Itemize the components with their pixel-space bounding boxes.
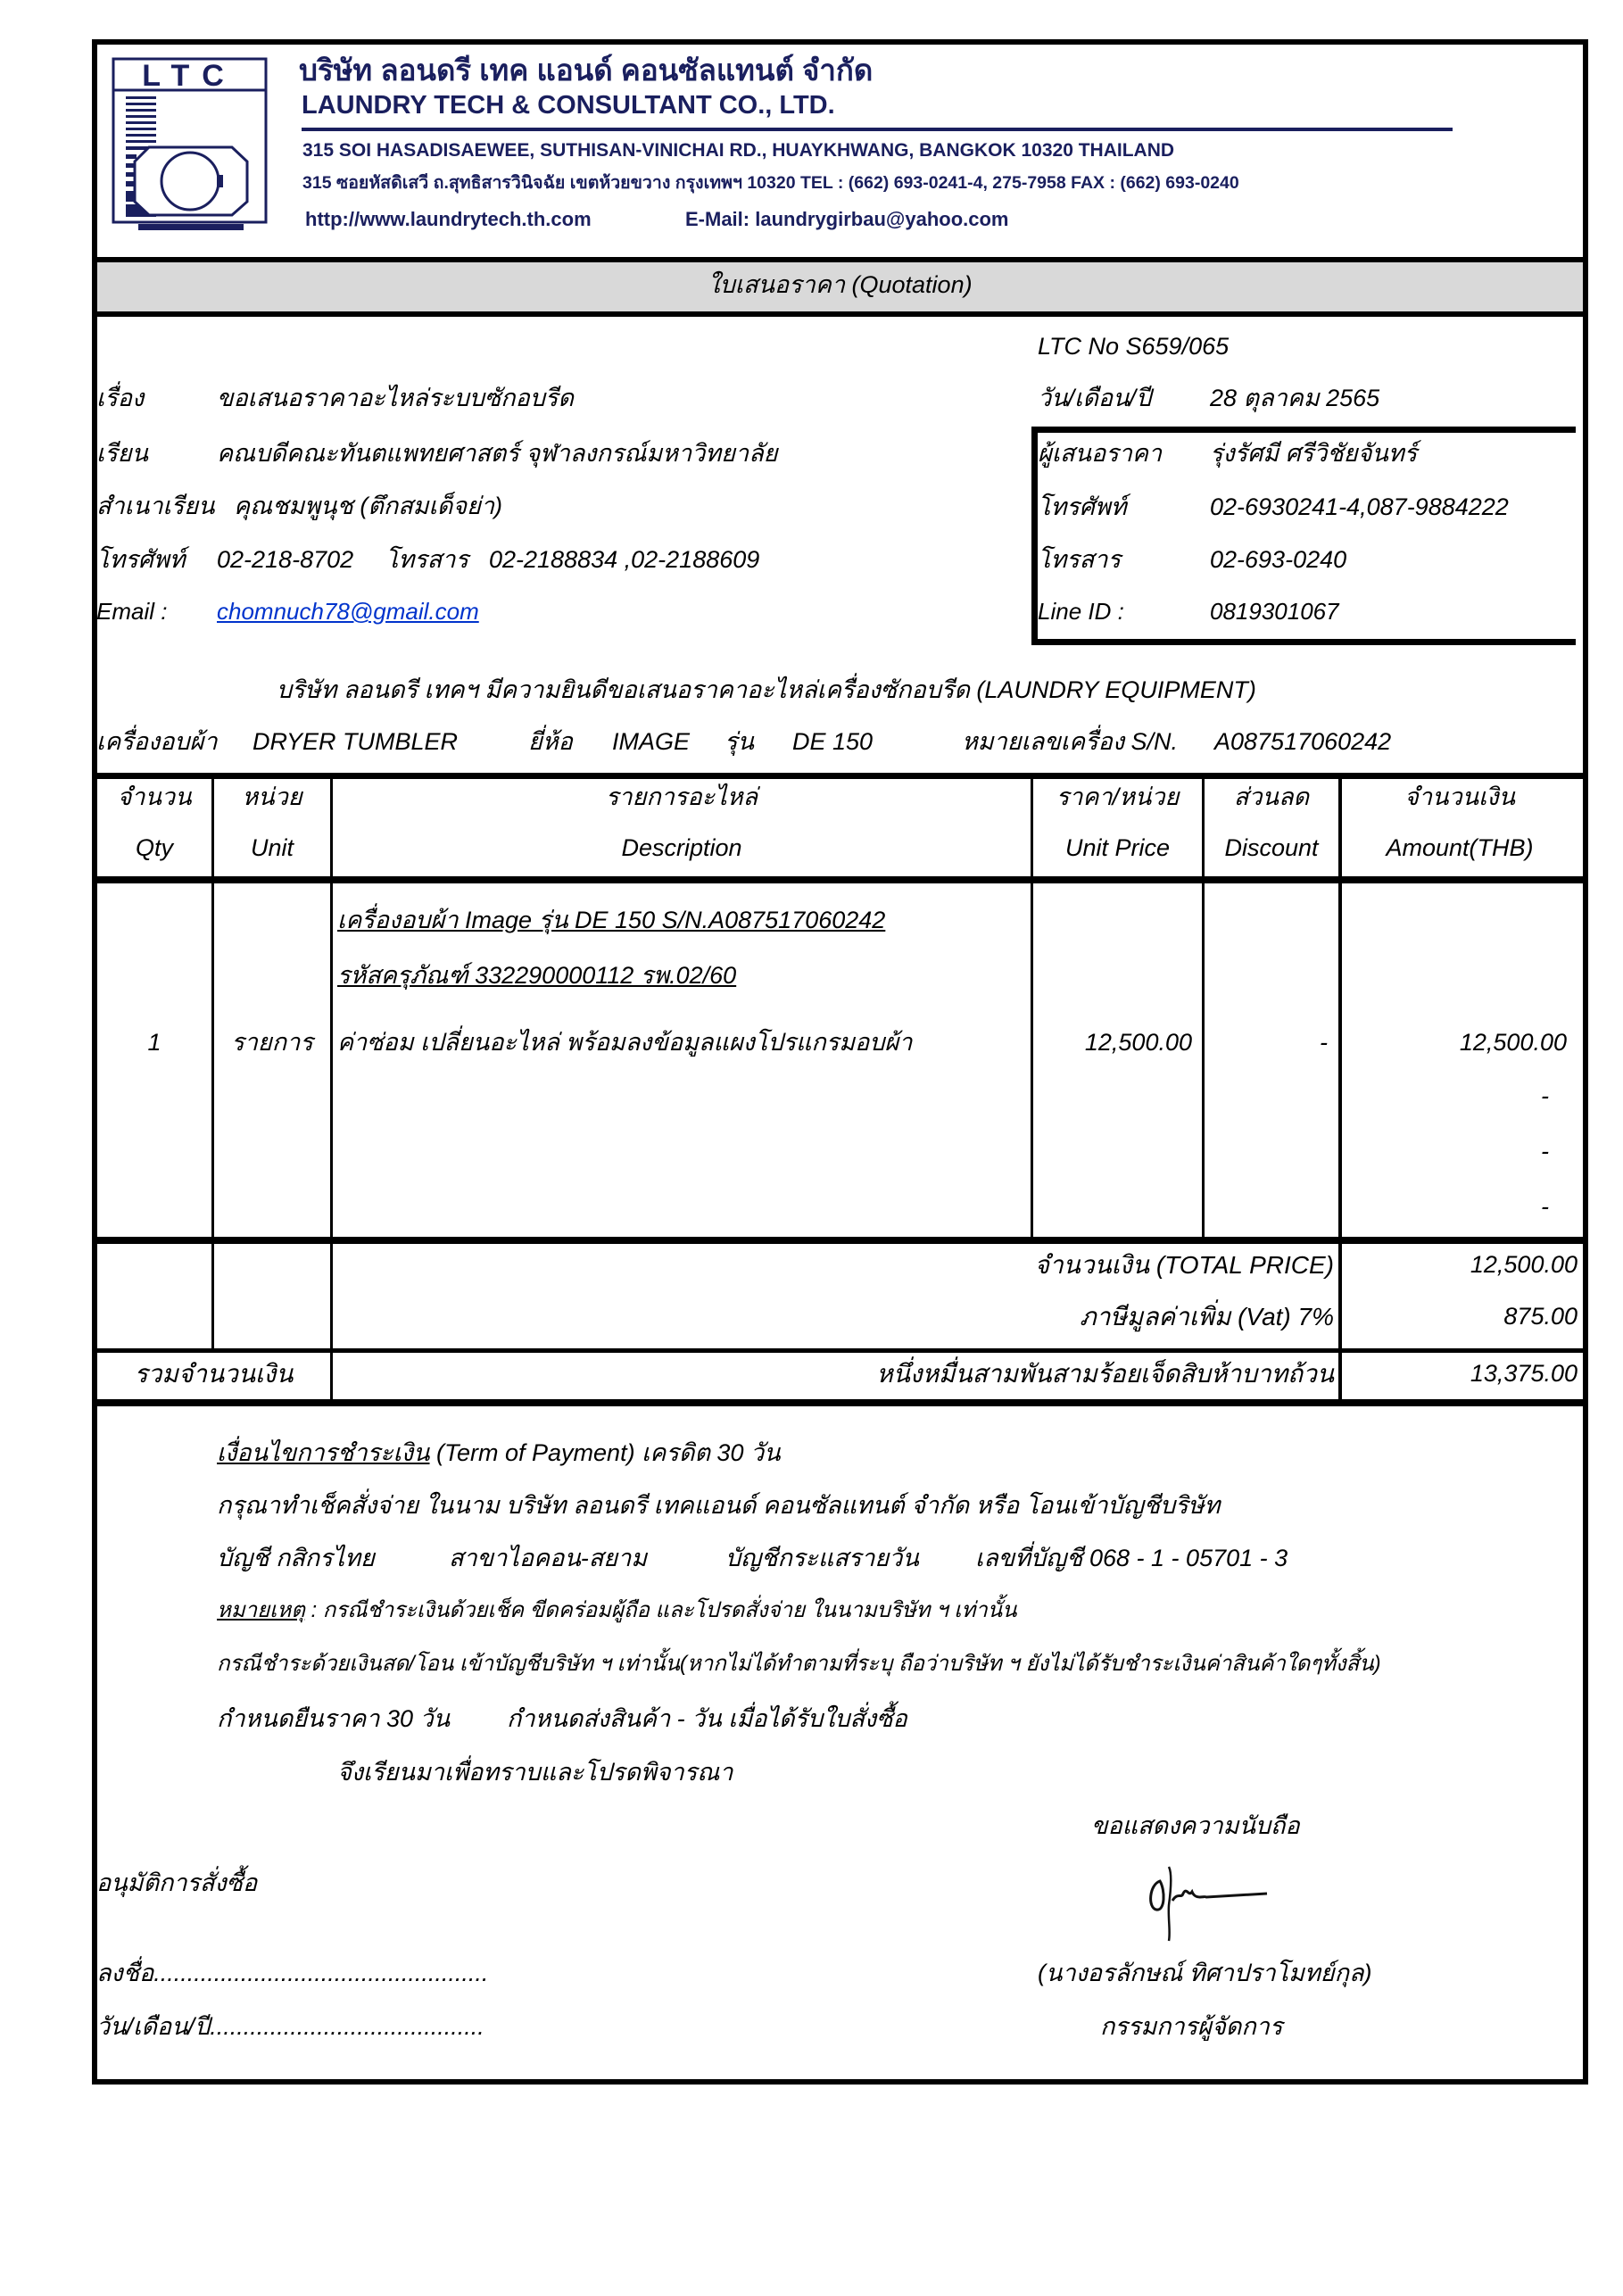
cheque-instruction: กรุณาทำเช็คสั่งจ่าย ในนาม บริษัท ลอนดรี … xyxy=(217,1494,1220,1518)
to-label: เรียน xyxy=(96,442,148,466)
table-header-border xyxy=(92,876,1588,883)
presenter-fax: 02-693-0240 xyxy=(1210,548,1346,572)
presenter-fax-label: โทรสาร xyxy=(1038,548,1121,572)
machine-model-label: รุ่น xyxy=(725,730,754,754)
svg-text:LTC: LTC xyxy=(142,59,236,93)
sign-line[interactable]: ลงชื่อ..................................… xyxy=(96,1961,488,1985)
machine-brand-label: ยี่ห้อ xyxy=(528,730,573,754)
payment-terms-label: เงื่อนไขการชำระเงิน xyxy=(217,1439,430,1466)
header-qty-en: Qty xyxy=(97,836,211,860)
header-desc-en: Description xyxy=(333,836,1031,860)
machine-brand: IMAGE xyxy=(612,730,690,754)
item-discount: - xyxy=(1205,1031,1328,1055)
signer-title: กรรมการผู้จัดการ xyxy=(1100,2015,1282,2039)
divider xyxy=(92,311,1588,317)
delivery-terms: กำหนดส่งสินค้า - วัน เมื่อได้รับใบสั่งซื… xyxy=(507,1707,907,1731)
table-vat-border xyxy=(92,1348,1588,1353)
intro-text: บริษัท ลอนดรี เทคฯ มีความยินดีขอเสนอราคา… xyxy=(277,678,1256,702)
document-frame xyxy=(92,39,1588,2085)
header-price-en: Unit Price xyxy=(1033,836,1202,860)
header-desc-th: รายการอะไหล่ xyxy=(333,785,1031,809)
presenter-phone: 02-6930241-4,087-9884222 xyxy=(1210,495,1509,519)
header-qty-th: จำนวน xyxy=(97,785,211,809)
account-number: เลขที่บัญชี 068 - 1 - 05701 - 3 xyxy=(975,1546,1288,1571)
cc-value: คุณชมพูนุช (ตึกสมเด็จย่า) xyxy=(234,494,502,518)
company-email[interactable]: E-Mail: laundrygirbau@yahoo.com xyxy=(685,210,1009,229)
header-price-th: ราคา/หน่วย xyxy=(1033,785,1202,809)
customer-phone: 02-218-8702 xyxy=(217,548,353,572)
sign-date-line[interactable]: วัน/เดือน/ปี............................… xyxy=(96,2015,484,2039)
machine-serial-label: หมายเลขเครื่อง S/N. xyxy=(962,730,1178,754)
grand-total-label: รวมจำนวนเงิน xyxy=(97,1362,330,1387)
empty-amount: - xyxy=(1342,1084,1549,1108)
account-type: บัญชีกระแสรายวัน xyxy=(725,1546,919,1571)
item-amount: 12,500.00 xyxy=(1342,1031,1567,1055)
empty-amount: - xyxy=(1342,1140,1549,1164)
document-title: ใบเสนอราคา (Quotation) xyxy=(97,273,1583,297)
total-label: จำนวนเงิน (TOTAL PRICE) xyxy=(333,1253,1334,1278)
header-amount-en: Amount(THB) xyxy=(1342,836,1577,860)
presenter-phone-label: โทรศัพท์ xyxy=(1038,495,1127,519)
item-description: ค่าซ่อม เปลี่ยนอะไหล่ พร้อมลงข้อมูลแผงโป… xyxy=(337,1031,912,1055)
table-top-border xyxy=(92,773,1588,779)
regards-text: ขอแสดงความนับถือ xyxy=(1091,1814,1300,1838)
payment-terms-text: (Term of Payment) เครดิต 30 วัน xyxy=(430,1439,781,1466)
quote-number: LTC No S659/065 xyxy=(1038,335,1229,359)
to-value: คณบดีคณะทันตแพทยศาสตร์ จุฬาลงกรณ์มหาวิทย… xyxy=(217,442,777,466)
subject-label: เรื่อง xyxy=(96,386,144,410)
header-unit-th: หน่วย xyxy=(214,785,330,809)
company-address-th: 315 ซอยหัสดิเสวี ถ.สุทธิสารวินิจฉัย เขตห… xyxy=(302,175,1239,193)
table-bottom-border xyxy=(92,1399,1588,1406)
customer-email-label: Email : xyxy=(96,600,167,623)
note-line-2: กรณีชำระด้วยเงินสด/โอน เข้าบัญชีบริษัท ฯ… xyxy=(217,1654,1381,1675)
total-value: 12,500.00 xyxy=(1342,1253,1577,1277)
customer-phone-label: โทรศัพท์ xyxy=(96,548,186,572)
machine-type: DRYER TUMBLER xyxy=(253,730,458,754)
machine-type-label: เครื่องอบผ้า xyxy=(96,730,218,754)
date-label: วัน/เดือน/ปี xyxy=(1038,386,1151,410)
customer-fax: 02-2188834 ,02-2188609 xyxy=(489,548,759,572)
machine-model: DE 150 xyxy=(792,730,873,754)
customer-email-link[interactable]: chomnuch78@gmail.com xyxy=(217,600,479,623)
bank-name: บัญชี กสิกรไทย xyxy=(217,1546,375,1571)
company-logo: LTC xyxy=(112,56,268,230)
approve-label: อนุมัติการสั่งซื้อ xyxy=(96,1871,257,1895)
header-amount-th: จำนวนเงิน xyxy=(1342,785,1577,809)
machine-serial: A087517060242 xyxy=(1214,730,1391,754)
bank-branch: สาขาไอคอน-สยาม xyxy=(449,1546,647,1571)
item-unit: รายการ xyxy=(214,1031,330,1055)
grand-total-value: 13,375.00 xyxy=(1342,1362,1577,1386)
line-id-value: 0819301067 xyxy=(1210,600,1339,623)
item-unit-price: 12,500.00 xyxy=(1033,1031,1192,1055)
signer-name: (นางอรลักษณ์ ทิศาปราโมทย์กุล) xyxy=(1038,1961,1371,1985)
vat-label: ภาษีมูลค่าเพิ่ม (Vat) 7% xyxy=(333,1305,1334,1330)
presenter-label: ผู้เสนอราคา xyxy=(1038,442,1162,466)
payment-terms: เงื่อนไขการชำระเงิน (Term of Payment) เค… xyxy=(217,1441,781,1465)
company-name-th: บริษัท ลอนดรี เทค แอนด์ คอนซัลแทนต์ จำกั… xyxy=(299,55,873,85)
letterhead-rule xyxy=(302,128,1453,131)
note-label: หมายเหตุ xyxy=(217,1598,305,1622)
customer-fax-label: โทรสาร xyxy=(385,548,468,572)
col-divider xyxy=(211,779,214,1350)
grand-total-words: หนึ่งหมื่นสามพันสามร้อยเจ็ดสิบห้าบาทถ้วน xyxy=(333,1362,1334,1387)
signature-image xyxy=(1142,1865,1294,1945)
header-unit-en: Unit xyxy=(214,836,330,860)
date-value: 28 ตุลาคม 2565 xyxy=(1210,386,1379,410)
closing-text: จึงเรียนมาเพื่อทราบและโปรดพิจารณา xyxy=(337,1761,733,1785)
item-qty: 1 xyxy=(97,1031,211,1055)
company-website[interactable]: http://www.laundrytech.th.com xyxy=(305,210,592,229)
line-id-label: Line ID : xyxy=(1038,600,1124,623)
header-discount-en: Discount xyxy=(1205,836,1338,860)
item-desc-line1: เครื่องอบผ้า Image รุ่น DE 150 S/N.A0875… xyxy=(337,908,885,932)
company-address-en: 315 SOI HASADISAEWEE, SUTHISAN-VINICHAI … xyxy=(302,141,1174,160)
cc-label: สำเนาเรียน xyxy=(96,494,215,518)
vat-value: 875.00 xyxy=(1342,1305,1577,1329)
table-body-border xyxy=(92,1237,1588,1244)
company-name-en: LAUNDRY TECH & CONSULTANT CO., LTD. xyxy=(302,93,835,119)
note-text: : กรณีชำระเงินด้วยเช็ค ขีดคร่อมผู้ถือ แล… xyxy=(305,1598,1017,1622)
price-validity: กำหนดยืนราคา 30 วัน xyxy=(217,1707,450,1731)
header-discount-th: ส่วนลด xyxy=(1205,785,1338,809)
subject-value: ขอเสนอราคาอะไหล่ระบบซักอบรีด xyxy=(217,386,574,410)
item-desc-line2: รหัสครุภัณฑ์ 332290000112 รพ.02/60 xyxy=(337,964,736,988)
presenter-value: รุ่งรัศมี ศรีวิชัยจันทร์ xyxy=(1210,442,1417,466)
note-line-1: หมายเหตุ : กรณีชำระเงินด้วยเช็ค ขีดคร่อม… xyxy=(217,1600,1017,1621)
empty-amount: - xyxy=(1342,1195,1549,1219)
